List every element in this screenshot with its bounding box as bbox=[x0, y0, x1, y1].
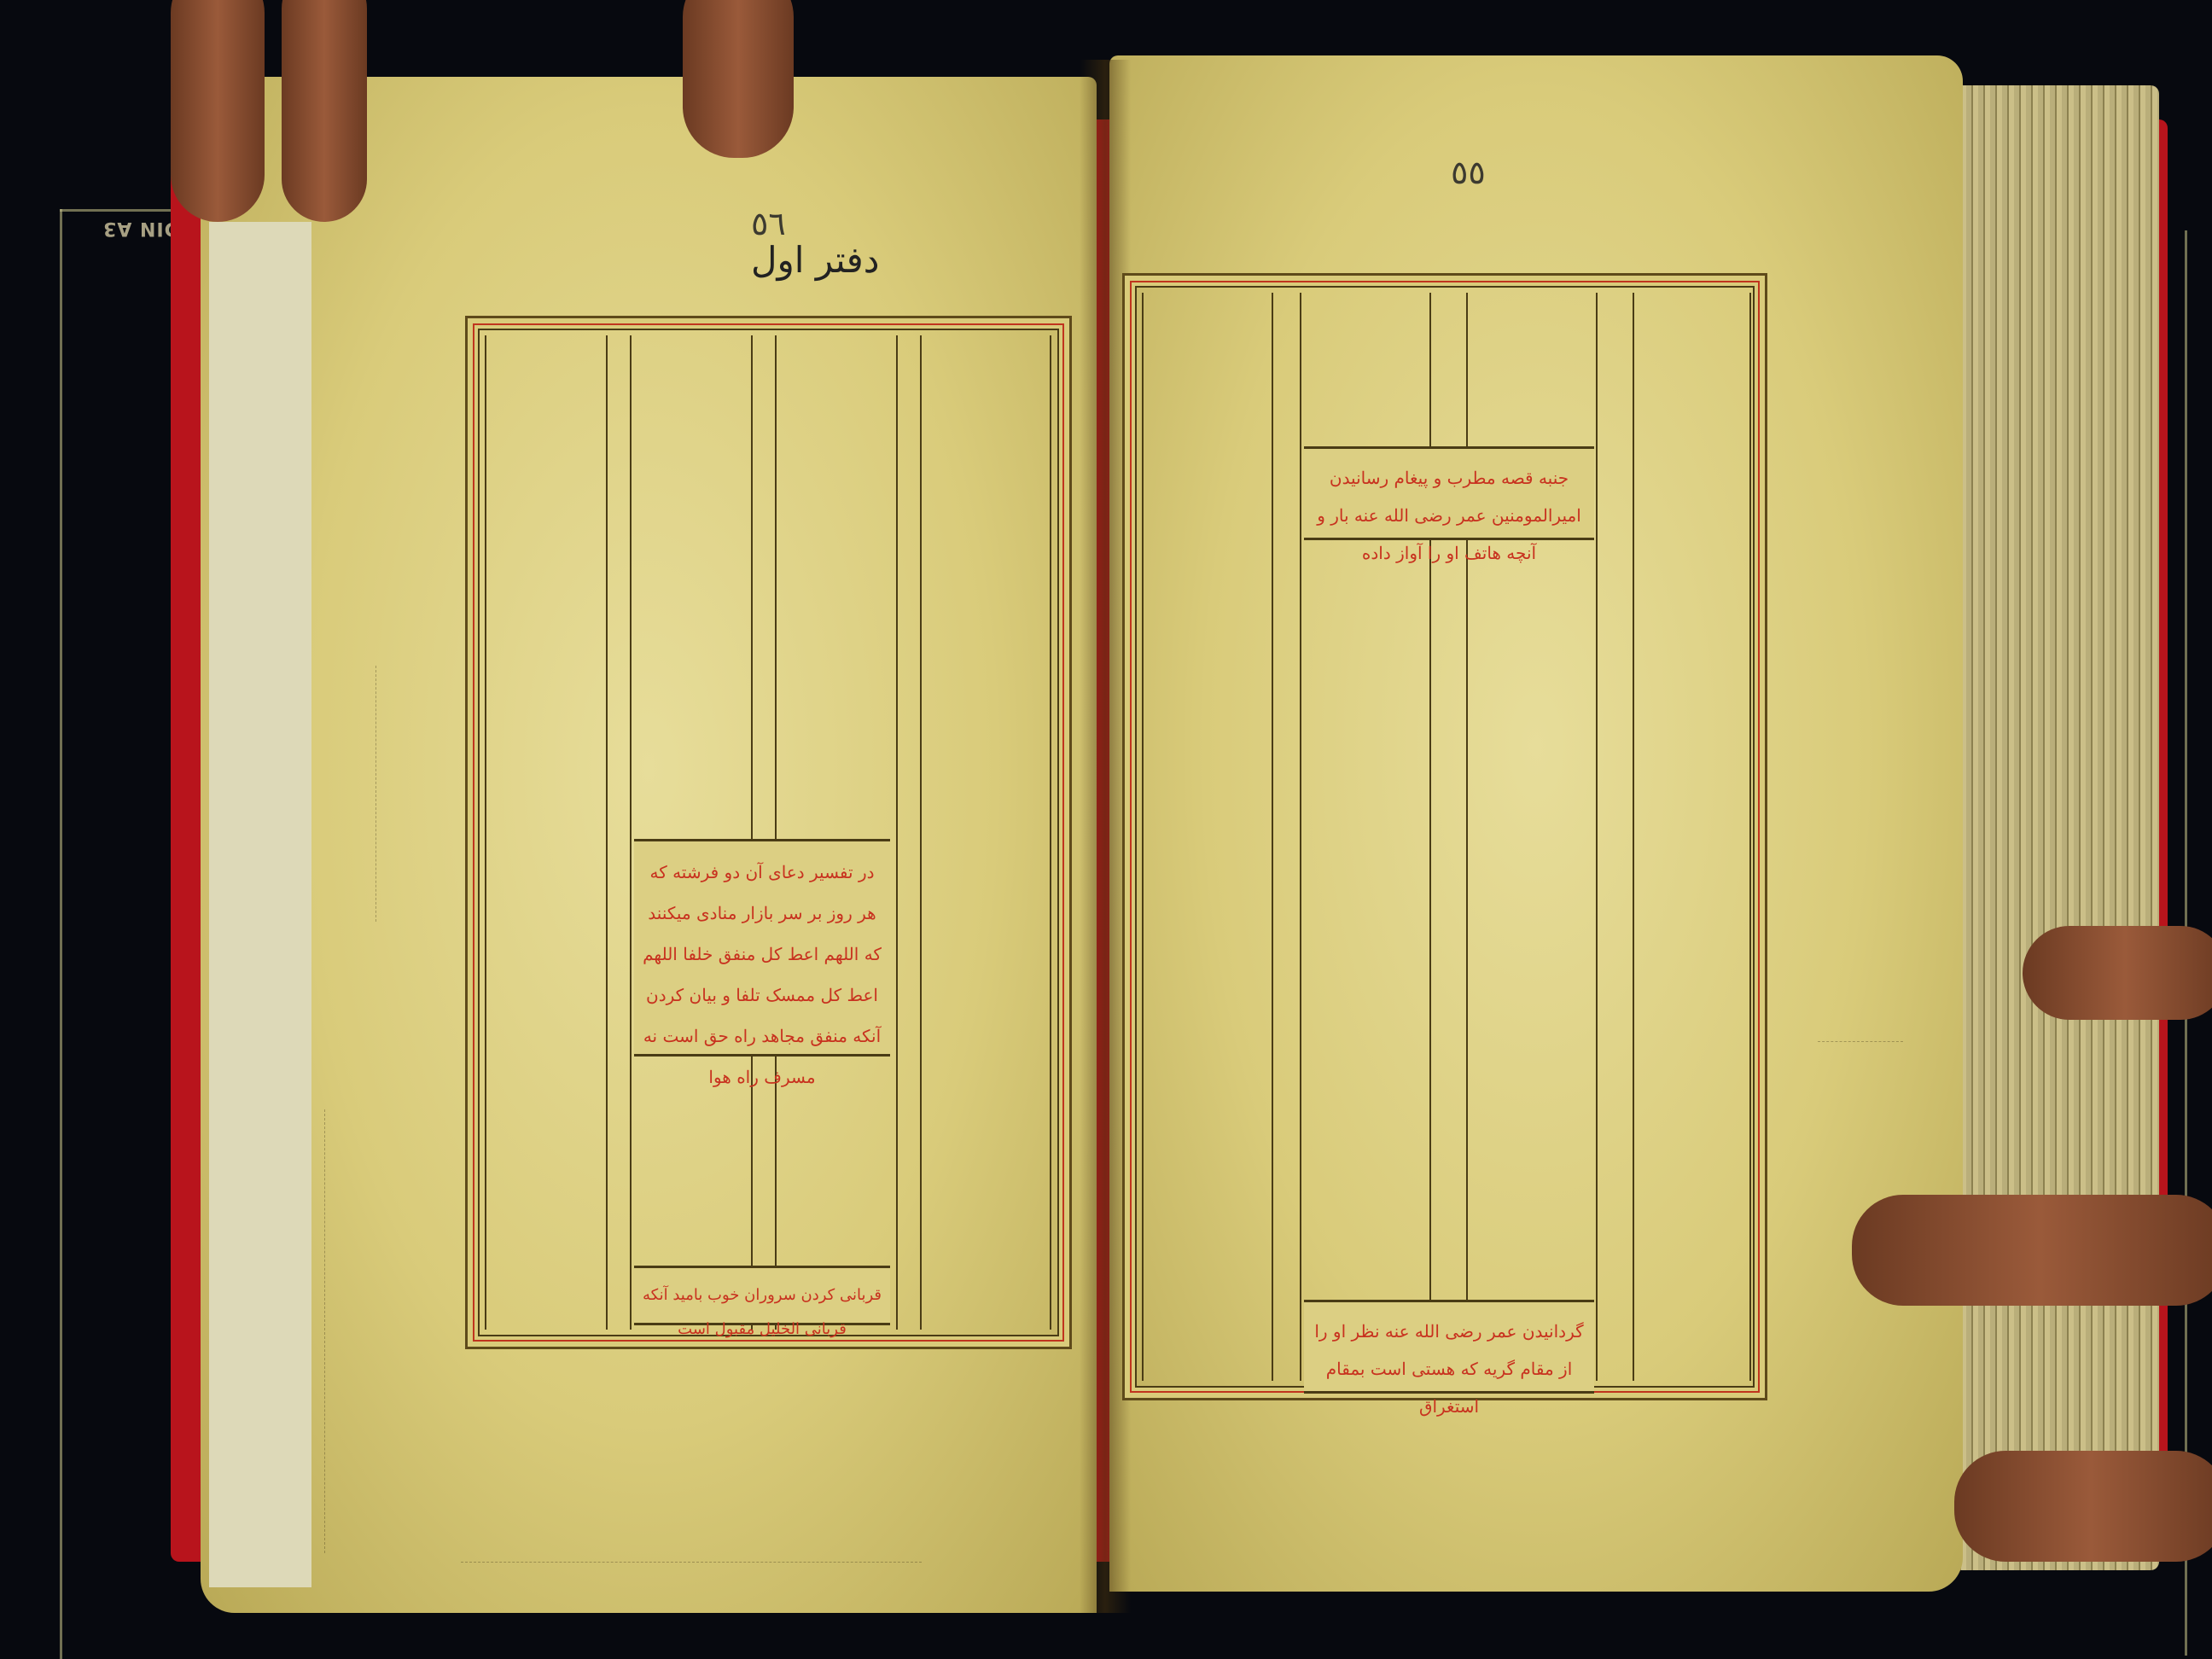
right-rubric-2: گردانیدن عمر رضی الله عنه نظر او را از م… bbox=[1304, 1300, 1594, 1394]
left-rubric-1: در تفسیر دعای آن دو فرشته که هر روز بر س… bbox=[634, 839, 890, 1057]
finger-right-3 bbox=[1954, 1451, 2212, 1562]
finger-right-1 bbox=[2023, 926, 2212, 1020]
left-column-1 bbox=[485, 335, 608, 1330]
right-column-4 bbox=[1633, 293, 1751, 1381]
right-text-frame: جنبه قصه مطرب و پیغام رسانیدن امیرالمومن… bbox=[1122, 273, 1767, 1400]
left-page-header: دفتر اول bbox=[751, 239, 879, 281]
right-column-1 bbox=[1142, 293, 1273, 1381]
left-rubric-2: قربانی کردن سروران خوب بامید آنکه قربانی… bbox=[634, 1266, 890, 1325]
left-lower-margin-note bbox=[324, 1109, 462, 1553]
din-a3-label: DIN A3 bbox=[102, 218, 180, 239]
finger-right-2 bbox=[1852, 1195, 2212, 1306]
right-margin-note bbox=[1818, 990, 1903, 1042]
left-column-2 bbox=[630, 335, 753, 1330]
finger-top-center bbox=[683, 0, 794, 158]
right-folio-number: ٥٥ bbox=[1451, 154, 1486, 191]
right-rubric-1: جنبه قصه مطرب و پیغام رسانیدن امیرالمومن… bbox=[1304, 446, 1594, 540]
flyleaf bbox=[209, 222, 311, 1587]
left-margin-note bbox=[375, 666, 479, 922]
left-column-4 bbox=[920, 335, 1051, 1330]
bottom-margin-note bbox=[461, 1562, 922, 1614]
page-edges bbox=[1954, 85, 2159, 1570]
finger-top-left-1 bbox=[171, 0, 265, 222]
left-text-frame: در تفسیر دعای آن دو فرشته که هر روز بر س… bbox=[465, 316, 1072, 1349]
mat-border-line-left bbox=[60, 209, 62, 1659]
finger-top-left-2 bbox=[282, 0, 367, 222]
left-folio-number: ٥٦ bbox=[751, 205, 786, 242]
left-column-3 bbox=[775, 335, 898, 1330]
